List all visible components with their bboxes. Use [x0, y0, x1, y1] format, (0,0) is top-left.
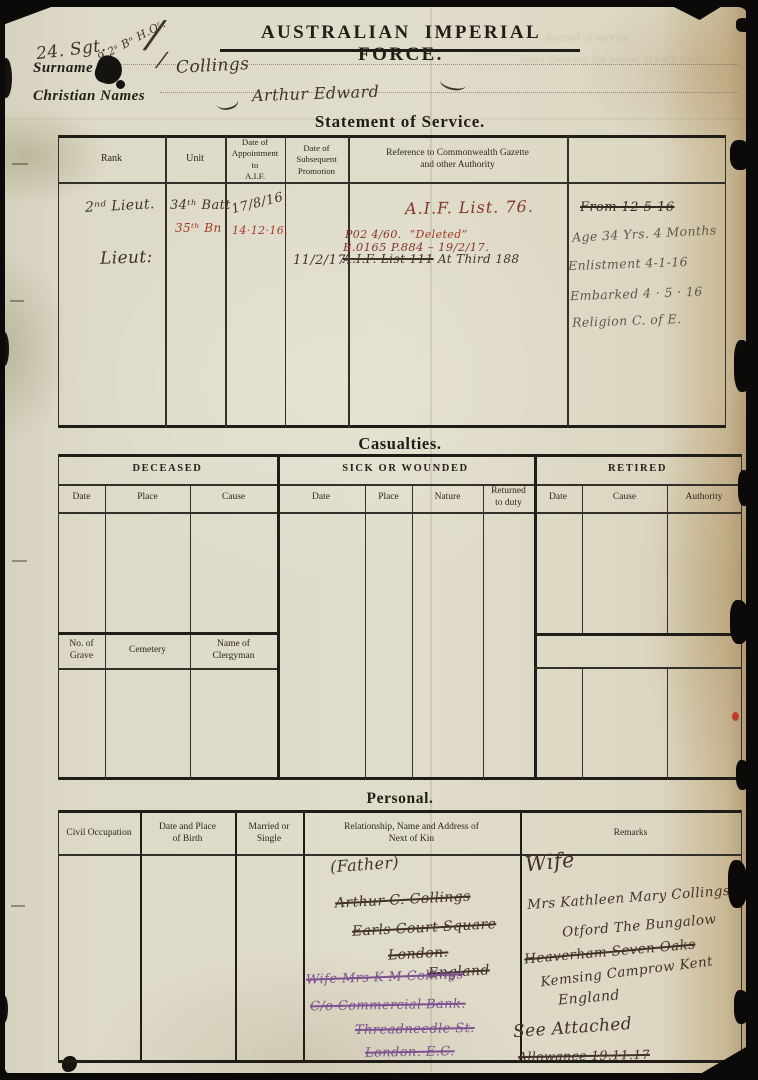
retired-col-cause: Cause	[582, 491, 667, 503]
retired-header: RETIRED	[534, 463, 741, 474]
christian-names-label: Christian Names	[33, 88, 145, 105]
surname-label: Surname	[33, 60, 93, 77]
title-underline	[220, 49, 580, 52]
surname-rule	[100, 64, 738, 65]
torn-edge-notch	[730, 600, 750, 644]
deceased-col-date: Date	[58, 491, 105, 503]
torn-edge-notch	[734, 990, 750, 1024]
torn-edge-notch	[738, 470, 752, 506]
torn-edge-notch	[730, 140, 752, 170]
note-from-date: From 12-5-16	[580, 200, 674, 215]
kin-address-2: London.	[388, 944, 449, 963]
col-next-of-kin: Relationship, Name and Address of Next o…	[303, 821, 520, 845]
torn-edge-notch	[734, 340, 752, 392]
col-married-single: Married or Single	[235, 821, 303, 845]
col-header-rank: Rank	[58, 153, 165, 166]
entry-promotion: 11/2/17.	[293, 253, 350, 268]
kin-bank-line: C/o Commercial Bank.	[310, 997, 466, 1015]
scan-edge-left	[0, 0, 5, 1080]
col-header-reference: Reference to Commonwealth Gazette and ot…	[348, 147, 567, 171]
fold-mark	[10, 300, 24, 302]
torn-edge-notch	[736, 18, 752, 32]
casualties-table: DECEASED SICK OR WOUNDED RETIRED Date Pl…	[58, 454, 742, 780]
col-civil-occupation: Civil Occupation	[58, 827, 140, 839]
remarks-allowance: Allowance 19.11.17	[518, 1047, 650, 1064]
torn-edge-notch	[736, 760, 750, 790]
christian-names-rule	[160, 92, 738, 93]
col-date-place-birth: Date and Place of Birth	[140, 821, 235, 845]
grave-col-header: No. of Grave	[58, 638, 105, 662]
reference-continuation: At Third 188	[438, 252, 520, 266]
sick-col-place: Place	[365, 491, 412, 503]
col-header-promotion: Date of Subsequent Promotion	[285, 143, 348, 177]
sick-or-wounded-header: SICK OR WOUNDED	[277, 463, 534, 474]
torn-edge-notch	[728, 860, 748, 908]
scan-edge-top	[0, 0, 758, 7]
entry-reference-4: A.I.F. List 111 At Third 188	[343, 252, 519, 266]
kin-street-line: Threadneedle St.	[355, 1021, 475, 1038]
fold-mark	[12, 163, 28, 165]
sick-col-returned: Returned to duty	[483, 485, 534, 509]
ink-spatter	[116, 80, 125, 89]
col-header-appointment: Date of Appointment to A.I.F.	[225, 137, 285, 182]
sick-col-date: Date	[277, 491, 365, 503]
entry-rank-2: Lieut:	[100, 247, 153, 269]
scan-edge-bottom	[0, 1073, 758, 1080]
clergyman-col-header: Name of Clergyman	[190, 638, 277, 662]
col-remarks: Remarks	[520, 827, 741, 839]
surname-value: Collings	[176, 54, 250, 78]
retired-col-authority: Authority	[667, 491, 741, 503]
struck-reference: A.I.F. List 111	[343, 252, 434, 266]
col-header-unit: Unit	[165, 153, 225, 166]
cemetery-col-header: Cemetery	[105, 644, 190, 656]
casualties-title: Casualties.	[250, 434, 550, 454]
retired-col-date: Date	[534, 491, 582, 503]
scanned-service-record: Record of service dates showing the peri…	[0, 0, 758, 1080]
page-title: AUSTRALIAN IMPERIAL FORCE.	[220, 22, 582, 66]
statement-of-service-table: Rank Unit Date of Appointment to A.I.F. …	[58, 135, 726, 428]
entry-appointment-2: 14·12·16.	[232, 224, 288, 237]
entry-reference-1: A.I.F. List. 76.	[405, 197, 534, 218]
personal-title: Personal.	[250, 790, 550, 808]
fold-mark	[12, 560, 27, 562]
deceased-header: DECEASED	[58, 463, 277, 474]
deceased-col-place: Place	[105, 491, 190, 503]
sick-col-nature: Nature	[412, 491, 483, 503]
entry-unit-1: 34ᵗʰ Batt	[170, 198, 231, 213]
kin-city-line: London. E.C.	[365, 1044, 455, 1061]
deceased-col-cause: Cause	[190, 491, 277, 503]
fold-mark	[11, 905, 25, 907]
entry-unit-2: 35ᵗʰ Bn	[175, 221, 222, 235]
statement-of-service-title: Statement of Service.	[230, 112, 570, 132]
